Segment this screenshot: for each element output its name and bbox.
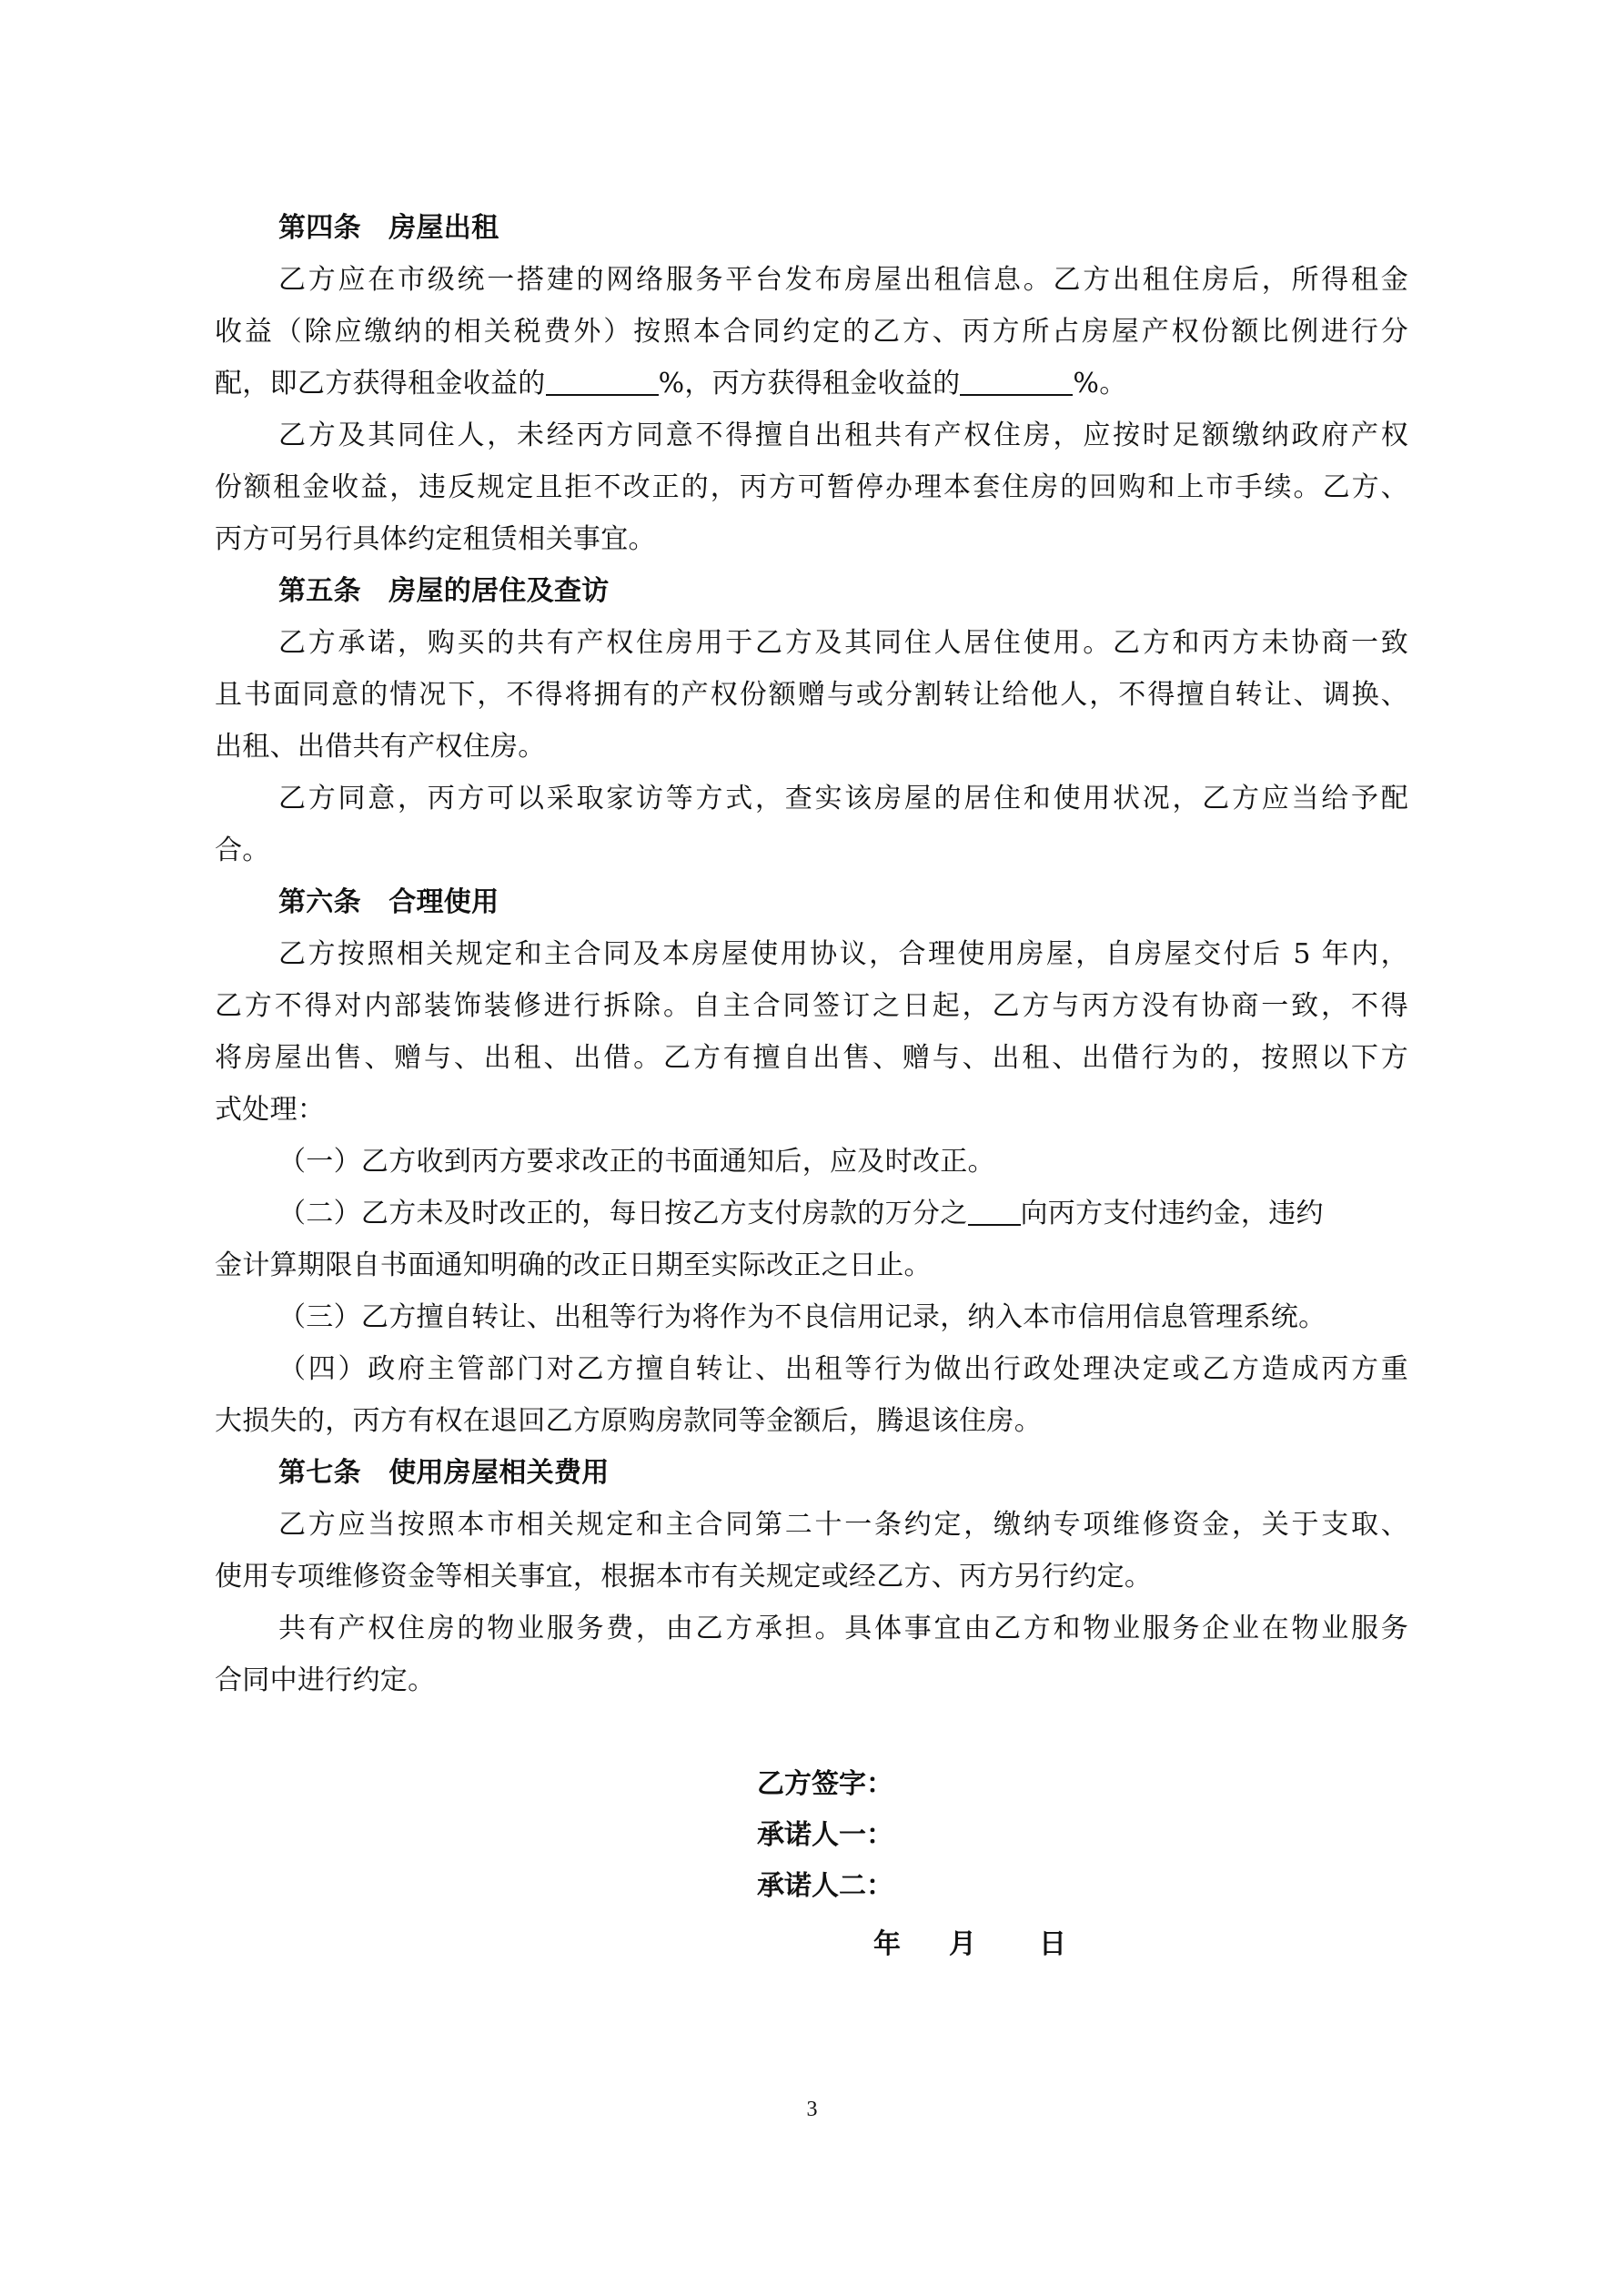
- promisor-1-label: 承诺人一：: [757, 1809, 893, 1861]
- article-5-para-1-line-2: 且书面同意的情况下，不得将拥有的产权份额赠与或分割转让给他人，不得擅自转让、调换…: [215, 669, 1408, 721]
- article-6-item-2-line-2: 金计算期限自书面通知明确的改正日期至实际改正之日止。: [215, 1239, 1408, 1291]
- article-6-para-1-line-2: 乙方不得对内部装饰装修进行拆除。自主合同签订之日起，乙方与丙方没有协商一致，不得: [215, 980, 1408, 1032]
- party-c-share-blank[interactable]: [960, 367, 1073, 396]
- article-7-heading: 第七条 使用房屋相关费用: [215, 1447, 1408, 1499]
- document-page: 第四条 房屋出租 乙方应在市级统一搭建的网络服务平台发布房屋出租信息。乙方出租住…: [215, 202, 1408, 1706]
- article-6-heading: 第六条 合理使用: [215, 876, 1408, 928]
- article-5-para-1-line-1: 乙方承诺，购买的共有产权住房用于乙方及其同住人居住使用。乙方和丙方未协商一致: [215, 617, 1408, 669]
- text: 配，即乙方获得租金收益的: [215, 368, 546, 400]
- article-6-item-4-line-2: 大损失的，丙方有权在退回乙方原购房款同等金额后，腾退该住房。: [215, 1395, 1408, 1447]
- article-4-para-1-line-3: 配，即乙方获得租金收益的%，丙方获得租金收益的%。: [215, 358, 1408, 410]
- text: 向丙方支付违约金，违约: [1021, 1198, 1324, 1229]
- article-6-item-4-line-1: （四）政府主管部门对乙方擅自转让、出租等行为做出行政处理决定或乙方造成丙方重: [215, 1343, 1408, 1395]
- article-5-para-1-line-3: 出租、出借共有产权住房。: [215, 721, 1408, 773]
- article-4-para-1-line-1: 乙方应在市级统一搭建的网络服务平台发布房屋出租信息。乙方出租住房后，所得租金: [215, 254, 1408, 306]
- article-5-heading: 第五条 房屋的居住及查访: [215, 565, 1408, 617]
- article-6-item-2-line-1: （二）乙方未及时改正的，每日按乙方支付房款的万分之向丙方支付违约金，违约: [215, 1188, 1408, 1239]
- article-6-para-1-line-4: 式处理：: [215, 1084, 1408, 1136]
- article-7-para-2-line-1: 共有产权住房的物业服务费，由乙方承担。具体事宜由乙方和物业服务企业在物业服务: [215, 1603, 1408, 1654]
- article-4-para-2-line-3: 丙方可另行具体约定租赁相关事宜。: [215, 513, 1408, 565]
- article-6-para-1-line-1: 乙方按照相关规定和主合同及本房屋使用协议，合理使用房屋，自房屋交付后 5 年内，: [215, 928, 1408, 980]
- date-month: 月: [949, 1921, 976, 1961]
- text: %。: [1073, 368, 1126, 400]
- article-4-para-1-line-2: 收益（除应缴纳的相关税费外）按照本合同约定的乙方、丙方所占房屋产权份额比例进行分: [215, 306, 1408, 358]
- article-6-item-1: （一）乙方收到丙方要求改正的书面通知后，应及时改正。: [215, 1136, 1408, 1188]
- article-5-para-2-line-1: 乙方同意，丙方可以采取家访等方式，查实该房屋的居住和使用状况，乙方应当给予配: [215, 773, 1408, 824]
- article-4-para-2-line-1: 乙方及其同住人，未经丙方同意不得擅自出租共有产权住房，应按时足额缴纳政府产权: [215, 410, 1408, 461]
- party-b-signature-label: 乙方签字：: [757, 1758, 893, 1810]
- article-5-para-2-line-2: 合。: [215, 824, 1408, 876]
- article-7-para-2-line-2: 合同中进行约定。: [215, 1654, 1408, 1706]
- article-7-para-1-line-1: 乙方应当按照本市相关规定和主合同第二十一条约定，缴纳专项维修资金，关于支取、: [215, 1499, 1408, 1551]
- page-number: 3: [0, 2098, 1624, 2122]
- penalty-rate-blank[interactable]: [968, 1197, 1021, 1226]
- text: （二）乙方未及时改正的，每日按乙方支付房款的万分之: [278, 1198, 968, 1229]
- promisor-2-label: 承诺人二：: [757, 1860, 893, 1912]
- article-4-heading: 第四条 房屋出租: [215, 202, 1408, 254]
- article-4-para-2-line-2: 份额租金收益，违反规定且拒不改正的，丙方可暂停办理本套住房的回购和上市手续。乙方…: [215, 461, 1408, 513]
- article-7-para-1-line-2: 使用专项维修资金等相关事宜，根据本市有关规定或经乙方、丙方另行约定。: [215, 1551, 1408, 1603]
- article-6-item-3: （三）乙方擅自转让、出租等行为将作为不良信用记录，纳入本市信用信息管理系统。: [215, 1291, 1408, 1343]
- party-b-share-blank[interactable]: [546, 367, 659, 396]
- text: %，丙方获得租金收益的: [659, 368, 961, 400]
- date-day: 日: [1039, 1921, 1066, 1961]
- article-6-para-1-line-3: 将房屋出售、赠与、出租、出借。乙方有擅自出售、赠与、出租、出借行为的，按照以下方: [215, 1032, 1408, 1084]
- date-year: 年: [873, 1921, 901, 1961]
